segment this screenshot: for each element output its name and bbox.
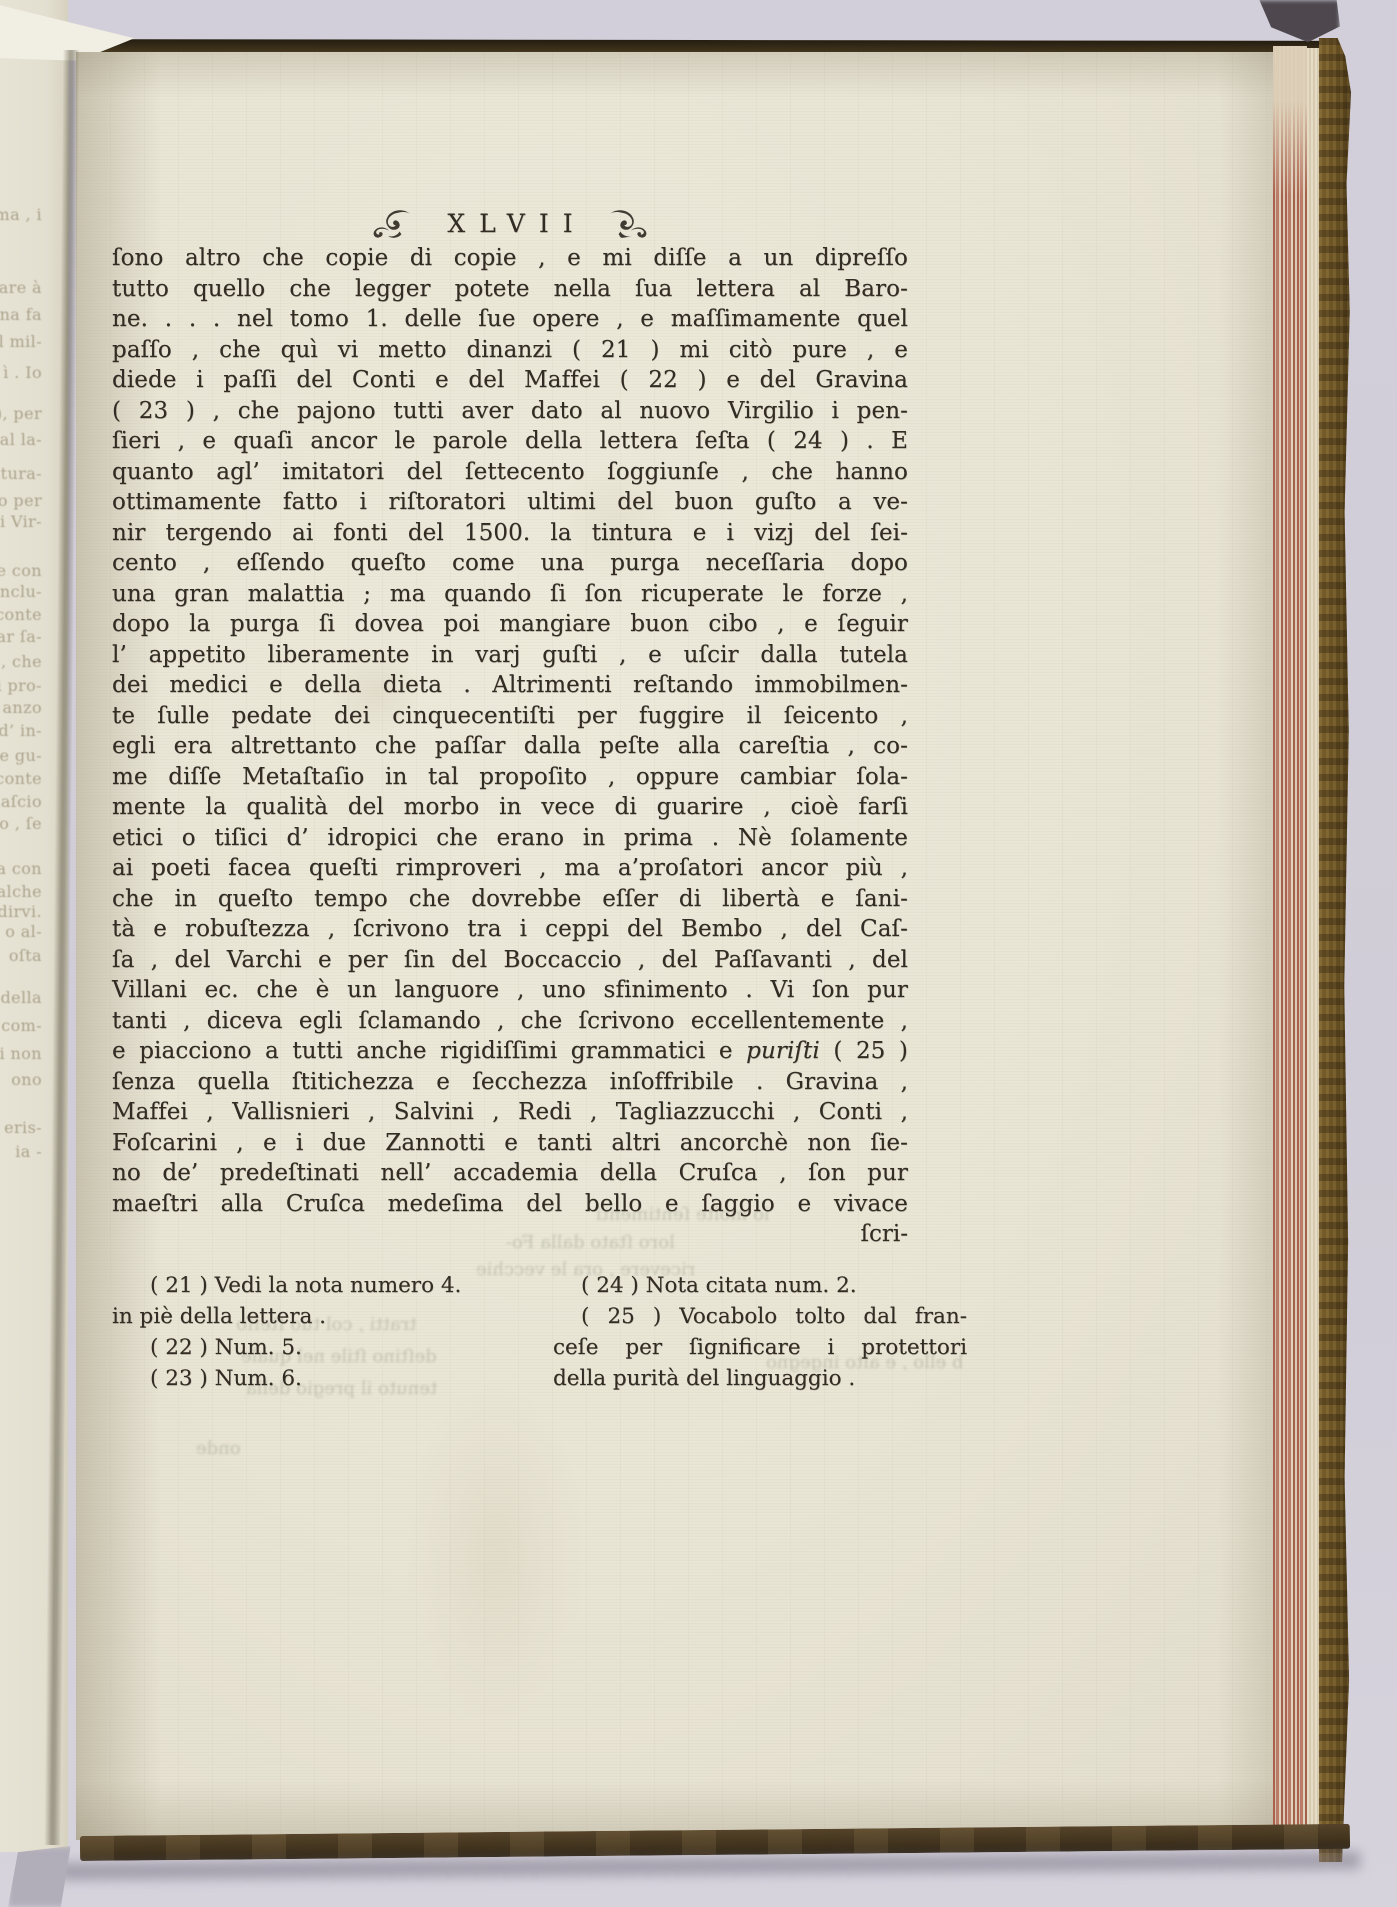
body-line: dei medici e della dieta . Altrimenti re… <box>112 670 908 701</box>
footnote-line: ( 22 ) Num. 5. <box>112 1332 482 1363</box>
body-line: quanto agl’ imitatori del ſettecento ſog… <box>112 457 908 488</box>
footnote-line: ( 25 ) Vocabolo tolto dal fran- <box>553 1301 967 1332</box>
ghost-text-fragment: e dal la- <box>0 430 42 449</box>
ghost-text-fragment: (40), per <box>0 404 42 423</box>
ghost-text-fragment: ma , i <box>0 205 42 224</box>
ghost-text-fragment: a natura- <box>0 464 42 483</box>
ghost-text-fragment: ita con <box>0 859 42 878</box>
ghost-text-fragment: i pro- <box>0 676 42 695</box>
ghost-text-fragment: laſcio <box>0 792 42 811</box>
fleuron-ornament-left-icon <box>369 207 415 239</box>
body-line-italic-word: puriſti <box>746 1038 820 1064</box>
ghost-text-fragment: l conte <box>0 605 42 624</box>
body-line: ottimamente fatto i riſtoratori ultimi d… <box>112 487 908 518</box>
body-line: tutto quello che legger potete nella ſua… <box>112 274 908 305</box>
body-line: te ſulle pedate dei cinquecentiſti per f… <box>112 701 908 732</box>
body-line-post: ( 25 ) <box>820 1038 908 1064</box>
body-line-with-italic: e piacciono a tutti anche rigidiſſimi gr… <box>112 1036 908 1067</box>
footnote-line: della purità del linguaggio . <box>553 1363 967 1394</box>
body-line: l’ appetito liberamente in varj guſti , … <box>112 640 908 671</box>
footnotes-right-column: ( 24 ) Nota citata num. 2. ( 25 ) Vocabo… <box>553 1270 967 1394</box>
body-text-block: ſono altro che copie di copie , e mi diſ… <box>112 243 908 1219</box>
body-line: me diſſe Metaſtaſio in tal propoſito , o… <box>112 762 908 793</box>
ghost-text-fragment: di Vir- <box>0 512 42 531</box>
ghost-text-fragment: e gu- <box>0 746 42 765</box>
ghost-text-fragment: mio , ſe <box>0 814 42 833</box>
footnote-line: ( 23 ) Num. 6. <box>112 1363 482 1394</box>
body-line: tanti , diceva egli ſclamando , che ſcri… <box>112 1006 908 1037</box>
ghost-text-fragment: a , com- <box>0 1016 42 1035</box>
fore-edge-red-sprinkled <box>1273 46 1307 1838</box>
show-through-text-fragment: onde <box>196 1438 241 1459</box>
body-line: egli era altrettanto che paſſar dalla pe… <box>112 731 908 762</box>
body-line: tà e robuſtezza , ſcrivono tra i ceppi d… <box>112 914 908 945</box>
ghost-text-fragment: conte <box>0 769 42 788</box>
body-line-pre: e piacciono a tutti anche rigidiſſimi gr… <box>112 1038 746 1064</box>
catchword: ſcri- <box>112 1219 908 1250</box>
body-line: ai poeti facea queſti rimproveri , ma a’… <box>112 853 908 884</box>
footnotes-left-column: ( 21 ) Vedi la nota numero 4. in piè del… <box>112 1270 482 1394</box>
ghost-text-fragment: i non <box>0 1044 42 1063</box>
body-line: ne. . . . nel tomo 1. delle ſue opere , … <box>112 304 908 335</box>
ghost-text-fragment: ono <box>11 1070 42 1089</box>
ghost-text-fragment: alto per <box>0 491 42 510</box>
body-line: Villani ec. che è un languore , uno sfin… <box>112 975 908 1006</box>
ghost-text-fragment: ia - <box>15 1142 42 1161</box>
body-line: ſenza quella ſtitichezza e ſecchezza inſ… <box>112 1067 908 1098</box>
footnote-line: ( 24 ) Nota citata num. 2. <box>553 1270 967 1301</box>
body-line: ſono altro che copie di copie , e mi diſ… <box>112 243 908 274</box>
ghost-text-fragment: eris- <box>4 1118 42 1137</box>
page-header: XLVII <box>112 202 908 244</box>
book-scan: ma , ievare àuna fadal mil-ì . Io(40), p… <box>0 0 1397 1907</box>
body-line: etici o tiſici d’ idropici che erano in … <box>112 823 908 854</box>
page-number: XLVII <box>433 209 586 238</box>
footnote-line: ( 21 ) Vedi la nota numero 4. <box>112 1270 482 1301</box>
body-line: maeſtri alla Cruſca medeſima del bello e… <box>112 1189 908 1220</box>
body-line: ( 23 ) , che pajono tutti aver dato al n… <box>112 396 908 427</box>
ghost-text-fragment: evare à <box>0 278 42 297</box>
body-line: Maffei , Vallisnieri , Salvini , Redi , … <box>112 1097 908 1128</box>
ghost-text-fragment: alche <box>0 882 42 901</box>
body-line: no de’ predeſtinati nell’ accademia dell… <box>112 1158 908 1189</box>
body-line: nir tergendo ai fonti del 1500. la tintu… <box>112 518 908 549</box>
ghost-text-fragment: i , che <box>0 652 42 671</box>
body-line: ſa , del Varchi e per ſin del Boccaccio … <box>112 945 908 976</box>
ghost-text-fragment: d’ in- <box>0 721 42 740</box>
ghost-text-fragment: oſta <box>9 946 42 965</box>
ghost-text-fragment: dirvi. <box>0 902 42 921</box>
ghost-text-fragment: conclu- <box>0 582 42 601</box>
ghost-text-fragment: ì . Io <box>3 363 42 382</box>
ghost-text-fragment: o al- <box>5 922 42 941</box>
leather-cover-edge-right <box>1319 38 1351 1862</box>
body-line: una gran malattia ; ma quando ſi ſon ric… <box>112 579 908 610</box>
body-line: dopo la purga ſi dovea poi mangiare buon… <box>112 609 908 640</box>
footnote-line: ceſe per ſignificare i protettori <box>553 1332 967 1363</box>
body-line: Foſcarini , e i due Zannotti e tanti alt… <box>112 1128 908 1159</box>
ghost-text-fragment: far ſa- <box>0 627 42 646</box>
body-line: cento , eſſendo queſto come una purga ne… <box>112 548 908 579</box>
cover-corner-shadow-topright <box>1256 0 1340 44</box>
body-line: ſieri , e quaſi ancor le parole della le… <box>112 426 908 457</box>
ghost-text-fragment: e con <box>0 561 42 580</box>
body-line: paſſo , che quì vi metto dinanzi ( 21 ) … <box>112 335 908 366</box>
ghost-text-fragment: una fa <box>0 305 42 324</box>
body-line: diede i paſſi del Conti e del Maffei ( 2… <box>112 365 908 396</box>
body-line: che in queſto tempo che dovrebbe eſſer d… <box>112 884 908 915</box>
ghost-text-fragment: della <box>1 988 42 1007</box>
page-leaf-edges <box>1307 48 1319 1844</box>
fleuron-ornament-right-icon <box>605 207 651 239</box>
body-line: mente la qualità del morbo in vece di gu… <box>112 792 908 823</box>
shadow-bottom-left <box>8 1846 74 1907</box>
page-paper: XLVII ſono altro che copie di copie , e … <box>76 52 1273 1840</box>
ghost-text-fragment: dal mil- <box>0 332 42 351</box>
ghost-text-fragment: anzo <box>2 698 42 717</box>
footnote-line: in piè della lettera . <box>112 1301 482 1332</box>
